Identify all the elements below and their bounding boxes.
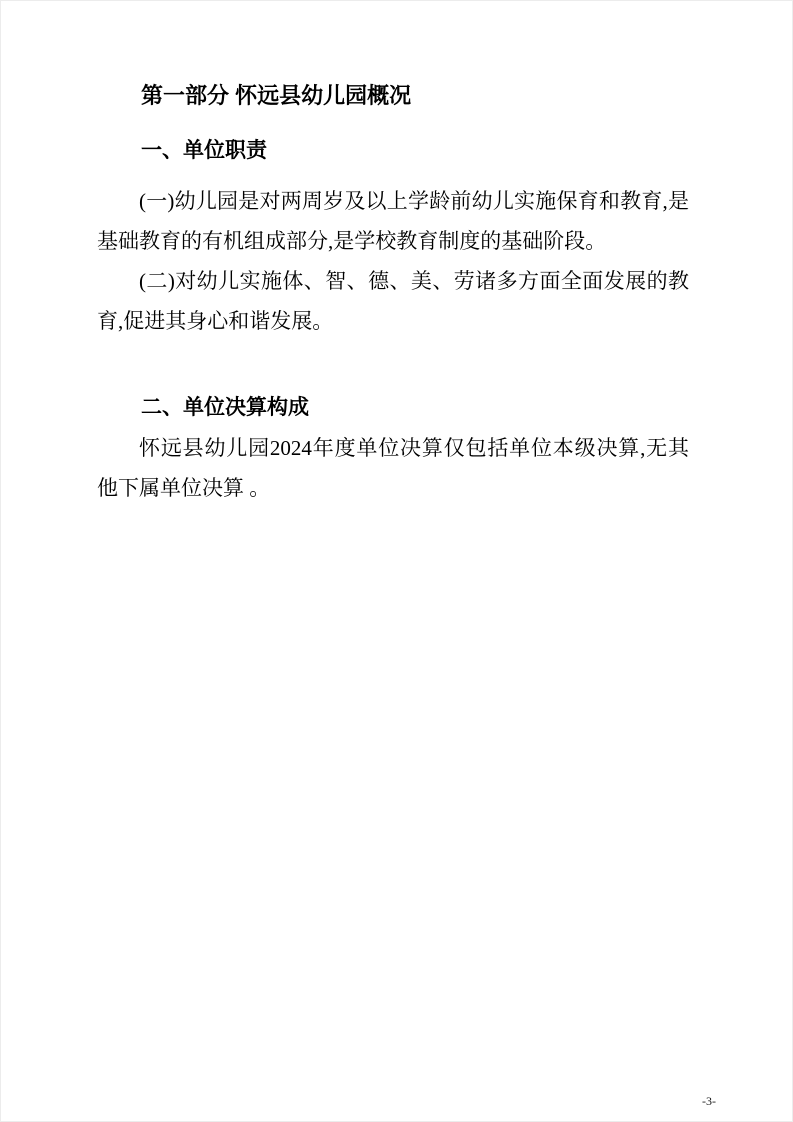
section-2-paragraph-1: 怀远县幼儿园2024年度单位决算仅包括单位本级决算,无其他下属单位决算 。 bbox=[97, 428, 689, 508]
document-page: 第一部分 怀远县幼儿园概况 一、单位职责 (一)幼儿园是对两周岁及以上学龄前幼儿… bbox=[0, 0, 793, 1122]
section-1-paragraph-1: (一)幼儿园是对两周岁及以上学龄前幼儿实施保育和教育,是基础教育的有机组成部分,… bbox=[97, 181, 689, 261]
section-1-paragraph-2: (二)对幼儿实施体、智、德、美、劳诸多方面全面发展的教育,促进其身心和谐发展。 bbox=[97, 261, 689, 341]
section-unit-duties: 一、单位职责 (一)幼儿园是对两周岁及以上学龄前幼儿实施保育和教育,是基础教育的… bbox=[97, 137, 689, 341]
page-number: -3- bbox=[702, 1095, 716, 1107]
section-2-heading: 二、单位决算构成 bbox=[141, 394, 689, 422]
section-1-heading: 一、单位职责 bbox=[141, 137, 689, 165]
section-budget-composition: 二、单位决算构成 怀远县幼儿园2024年度单位决算仅包括单位本级决算,无其他下属… bbox=[97, 394, 689, 508]
part-title: 第一部分 怀远县幼儿园概况 bbox=[141, 81, 689, 111]
